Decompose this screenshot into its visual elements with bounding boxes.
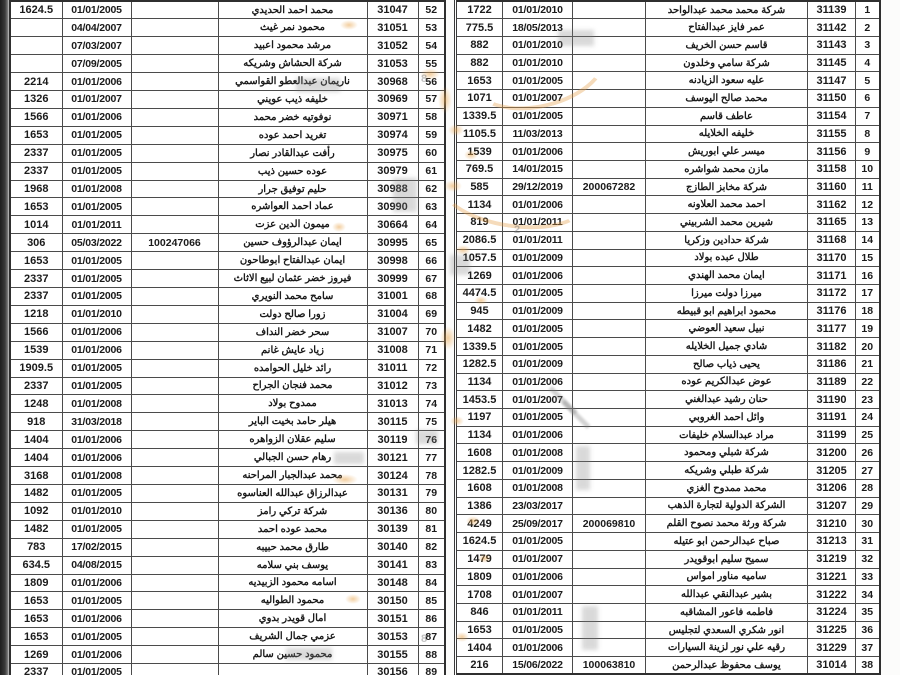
tax-id-cell	[573, 533, 646, 551]
serial-cell: 30971	[367, 108, 418, 126]
serial-cell: 30979	[367, 162, 418, 180]
row-number-cell: 28	[856, 479, 880, 497]
row-number-cell: 77	[418, 449, 445, 467]
amount-cell: 1722	[456, 1, 503, 19]
table-row: 04/04/2007 محمود نمر غيث 31051 53	[10, 19, 445, 37]
tax-id-cell	[131, 359, 218, 377]
serial-cell: 30969	[367, 91, 418, 109]
date-cell: 01/01/2011	[503, 603, 573, 621]
row-number-cell: 8	[856, 125, 880, 143]
name-cell: محمود الطواليه	[218, 592, 367, 610]
tax-id-cell	[131, 55, 218, 73]
table-row: 1968 01/01/2008 حليم توفيق جرار 30988 62	[10, 180, 445, 198]
amount-cell	[10, 55, 62, 73]
table-row: 1653 01/01/2005 عزمي جمال الشريف 30153 8…	[10, 628, 445, 646]
table-row: 882 01/01/2010 شركة سامي وخلدون 31145 4	[456, 54, 880, 72]
row-number-cell: 63	[418, 198, 445, 216]
name-cell: بشير عبدالنقي عبدالله	[646, 586, 808, 604]
table-row: 769.5 14/01/2015 مازن محمد شواشره 31158 …	[456, 160, 880, 178]
serial-cell: 31013	[367, 395, 418, 413]
table-row: 1482 01/01/2005 نبيل سعيد العوضي 31177 1…	[456, 320, 880, 338]
tax-id-cell	[131, 520, 218, 538]
amount-cell: 1539	[456, 143, 503, 161]
amount-cell: 882	[456, 54, 503, 72]
date-cell: 15/06/2022	[503, 657, 573, 675]
serial-cell: 31007	[367, 323, 418, 341]
date-cell: 05/03/2022	[62, 234, 131, 252]
date-cell: 01/01/2008	[62, 467, 131, 485]
name-cell: محمد ممدوح الغزي	[646, 479, 808, 497]
tax-id-cell	[131, 574, 218, 592]
date-cell: 25/09/2017	[503, 515, 573, 533]
name-cell	[218, 664, 367, 675]
name-cell: شركة سامي وخلدون	[646, 54, 808, 72]
date-cell: 01/01/2005	[62, 520, 131, 538]
table-row: 1482 01/01/2005 محمد عوده احمد 30139 81	[10, 520, 445, 538]
serial-cell: 30156	[367, 664, 418, 675]
serial-cell: 31172	[808, 285, 856, 303]
date-cell: 01/01/2006	[62, 610, 131, 628]
tax-id-cell	[131, 108, 218, 126]
row-number-cell: 82	[418, 538, 445, 556]
name-cell: شركة شبلي ومحمود	[646, 444, 808, 462]
tax-id-cell	[573, 621, 646, 639]
tax-id-cell	[131, 431, 218, 449]
table-row: 2337 01/01/2005 30156 89	[10, 664, 445, 675]
name-cell: وائل احمد الغروبي	[646, 409, 808, 427]
date-cell: 04/04/2007	[62, 19, 131, 37]
table-row: 1653 01/01/2005 تغريد احمد عوده 30974 59	[10, 126, 445, 144]
name-cell: ناريمان عبدالعطو القواسمي	[218, 73, 367, 91]
name-cell: ميرزا دولت ميرزا	[646, 285, 808, 303]
table-row: 1539 01/01/2006 زياد عايش غانم 31008 71	[10, 341, 445, 359]
scanned-document-page: 1624.5 01/01/2005 محمد احمد الحديدي 3104…	[0, 0, 900, 675]
right-panel-body: 1722 01/01/2010 شركة محمد محمد عبدالواحد…	[456, 1, 880, 674]
date-cell: 01/01/2007	[503, 586, 573, 604]
row-number-cell: 34	[856, 586, 880, 604]
date-cell: 01/01/2005	[62, 198, 131, 216]
tax-id-cell	[131, 19, 218, 37]
name-cell: عوده حسين ذيب	[218, 162, 367, 180]
date-cell: 01/01/2005	[62, 1, 131, 19]
date-cell: 29/12/2019	[503, 178, 573, 196]
amount-cell: 1218	[10, 305, 62, 323]
row-number-cell: 22	[856, 373, 880, 391]
tax-id-cell	[131, 91, 218, 109]
row-number-cell: 59	[418, 126, 445, 144]
serial-cell: 31177	[808, 320, 856, 338]
tax-id-cell	[131, 270, 218, 288]
tax-id-cell	[131, 180, 218, 198]
table-row: 07/03/2007 مرشد محمود اعبيد 31052 54	[10, 37, 445, 55]
serial-cell: 30150	[367, 592, 418, 610]
table-row: 3168 01/01/2008 محمد عبدالجبار المراحنه …	[10, 467, 445, 485]
table-row: 1539 01/01/2006 ميسر علي ابوريش 31156 9	[456, 143, 880, 161]
name-cell: اسامه محمود الزبيديه	[218, 574, 367, 592]
amount-cell: 1339.5	[456, 107, 503, 125]
serial-cell: 30121	[367, 449, 418, 467]
table-row: 1566 01/01/2006 سحر خضر النداف 31007 70	[10, 323, 445, 341]
amount-cell: 769.5	[456, 160, 503, 178]
amount-cell: 1809	[456, 568, 503, 586]
table-row: 1014 01/01/2011 ميمون الدين عزت 30664 64	[10, 216, 445, 234]
date-cell: 01/01/2006	[62, 431, 131, 449]
date-cell: 01/01/2006	[62, 341, 131, 359]
row-number-cell: 20	[856, 338, 880, 356]
table-row: 2086.5 01/01/2011 شركة حدادين وزكريا 311…	[456, 231, 880, 249]
date-cell: 01/01/2007	[503, 550, 573, 568]
row-number-cell: 29	[856, 497, 880, 515]
serial-cell: 31186	[808, 355, 856, 373]
tax-id-cell	[573, 409, 646, 427]
row-number-cell: 24	[856, 409, 880, 427]
name-cell: حنان رشيد عبدالغني	[646, 391, 808, 409]
tax-id-cell	[131, 1, 218, 19]
right-page-table: 1722 01/01/2010 شركة محمد محمد عبدالواحد…	[454, 0, 881, 675]
tax-id-cell	[573, 267, 646, 285]
tax-id-cell	[573, 107, 646, 125]
tax-id-cell	[131, 467, 218, 485]
tax-id-cell	[131, 216, 218, 234]
date-cell: 01/01/2006	[62, 108, 131, 126]
row-number-cell: 76	[418, 431, 445, 449]
amount-cell: 1482	[10, 520, 62, 538]
name-cell: مازن محمد شواشره	[646, 160, 808, 178]
row-number-cell: 12	[856, 196, 880, 214]
serial-cell: 30119	[367, 431, 418, 449]
serial-cell: 31154	[808, 107, 856, 125]
date-cell: 11/03/2013	[503, 125, 573, 143]
serial-cell: 31191	[808, 409, 856, 427]
serial-cell: 31156	[808, 143, 856, 161]
table-row: 1809 01/01/2006 اسامه محمود الزبيديه 301…	[10, 574, 445, 592]
amount-cell: 4249	[456, 515, 503, 533]
name-cell: عليه سعود الزيادنه	[646, 72, 808, 90]
tax-id-cell: 100063810	[573, 657, 646, 675]
row-number-cell: 38	[856, 657, 880, 675]
row-number-cell: 81	[418, 520, 445, 538]
date-cell: 01/01/2005	[62, 664, 131, 675]
date-cell: 01/01/2006	[503, 196, 573, 214]
serial-cell: 31229	[808, 639, 856, 657]
amount-cell: 1482	[456, 320, 503, 338]
name-cell: حليم توفيق جرار	[218, 180, 367, 198]
tax-id-cell	[131, 395, 218, 413]
amount-cell: 585	[456, 178, 503, 196]
name-cell: شركة محمد محمد عبدالواحد	[646, 1, 808, 19]
table-row: 1653 01/01/2006 امال قويدر بدوي 30151 86	[10, 610, 445, 628]
serial-cell: 31205	[808, 462, 856, 480]
tax-id-cell	[573, 550, 646, 568]
tax-id-cell	[573, 160, 646, 178]
amount-cell: 918	[10, 413, 62, 431]
table-row: 1057.5 01/01/2009 طلال عبده بولاد 31170 …	[456, 249, 880, 267]
amount-cell: 1105.5	[456, 125, 503, 143]
name-cell: شركة مخابز الطازج	[646, 178, 808, 196]
table-row: 1282.5 01/01/2009 شركة طبلي وشريكه 31205…	[456, 462, 880, 480]
serial-cell: 31014	[808, 657, 856, 675]
date-cell: 01/01/2008	[503, 444, 573, 462]
table-row: 819 01/01/2011 شيرين محمد الشربيني 31165…	[456, 214, 880, 232]
serial-cell: 31190	[808, 391, 856, 409]
amount-cell: 1539	[10, 341, 62, 359]
row-number-cell: 80	[418, 502, 445, 520]
tax-id-cell: 200069810	[573, 515, 646, 533]
date-cell: 01/01/2006	[62, 323, 131, 341]
serial-cell: 31221	[808, 568, 856, 586]
row-number-cell: 1	[856, 1, 880, 19]
serial-cell: 31222	[808, 586, 856, 604]
name-cell: ايمان محمد الهندي	[646, 267, 808, 285]
serial-cell: 31052	[367, 37, 418, 55]
amount-cell: 1809	[10, 574, 62, 592]
table-row: 2337 01/01/2005 رأفت عبدالقادر نصار 3097…	[10, 144, 445, 162]
amount-cell: 2337	[10, 270, 62, 288]
date-cell: 01/01/2005	[503, 621, 573, 639]
row-number-cell: 15	[856, 249, 880, 267]
tax-id-cell	[131, 341, 218, 359]
row-number-cell: 72	[418, 359, 445, 377]
tax-id-cell	[131, 556, 218, 574]
ledger-table-right: 1722 01/01/2010 شركة محمد محمد عبدالواحد…	[454, 0, 881, 675]
tax-id-cell	[131, 288, 218, 306]
amount-cell: 1653	[10, 126, 62, 144]
table-row: 783 17/02/2015 طارق محمد حبيبه 30140 82	[10, 538, 445, 556]
amount-cell: 1071	[456, 90, 503, 108]
row-number-cell: 18	[856, 302, 880, 320]
date-cell: 01/01/2005	[62, 126, 131, 144]
name-cell: محمد عبدالجبار المراحنه	[218, 467, 367, 485]
amount-cell	[10, 19, 62, 37]
name-cell: عوض عبدالكريم عوده	[646, 373, 808, 391]
date-cell: 01/01/2008	[503, 479, 573, 497]
tax-id-cell	[131, 538, 218, 556]
name-cell: شادي جميل الخلايله	[646, 338, 808, 356]
amount-cell: 2337	[10, 144, 62, 162]
table-row: 1653 01/01/2005 عليه سعود الزيادنه 31147…	[456, 72, 880, 90]
date-cell: 01/01/2005	[503, 107, 573, 125]
amount-cell: 2086.5	[456, 231, 503, 249]
date-cell: 01/01/2007	[503, 391, 573, 409]
row-number-cell: 74	[418, 395, 445, 413]
serial-cell: 31047	[367, 1, 418, 19]
name-cell: نوفوتيه خضر محمد	[218, 108, 367, 126]
amount-cell: 1092	[10, 502, 62, 520]
table-row: 775.5 18/05/2013 عمر فايز عبدالفتاح 3114…	[456, 19, 880, 37]
table-row: 2337 01/01/2005 فيروز خضر عثمان لبيع الا…	[10, 270, 445, 288]
name-cell: شركة حدادين وزكريا	[646, 231, 808, 249]
row-number-cell: 21	[856, 355, 880, 373]
row-number-cell: 5	[856, 72, 880, 90]
name-cell: عاطف قاسم	[646, 107, 808, 125]
table-row: 07/09/2005 شركة الحشاش وشريكه 31053 55	[10, 55, 445, 73]
name-cell: محمود ابراهيم ابو قبيطه	[646, 302, 808, 320]
table-row: 1482 01/01/2005 عبدالرزاق عبدالله العناس…	[10, 484, 445, 502]
tax-id-cell	[131, 592, 218, 610]
name-cell: انور شكري السعدي لتجليس	[646, 621, 808, 639]
tax-id-cell	[573, 302, 646, 320]
date-cell: 01/01/2005	[503, 285, 573, 303]
table-row: 1326 01/01/2007 خليفه ذيب عويني 30969 57	[10, 91, 445, 109]
tax-id-cell	[573, 90, 646, 108]
serial-cell: 31207	[808, 497, 856, 515]
date-cell: 04/08/2015	[62, 556, 131, 574]
table-row: 1624.5 01/01/2005 محمد احمد الحديدي 3104…	[10, 1, 445, 19]
table-row: 1197 01/01/2005 وائل احمد الغروبي 31191 …	[456, 409, 880, 427]
amount-cell: 1014	[10, 216, 62, 234]
tax-id-cell	[573, 125, 646, 143]
date-cell: 01/01/2005	[62, 592, 131, 610]
amount-cell: 882	[456, 36, 503, 54]
name-cell: احمد محمد العلاونه	[646, 196, 808, 214]
amount-cell: 775.5	[456, 19, 503, 37]
tax-id-cell	[573, 373, 646, 391]
table-row: 216 15/06/2022 100063810 يوسف محفوظ عبدا…	[456, 657, 880, 675]
row-number-cell: 9	[856, 143, 880, 161]
row-number-cell: 87	[418, 628, 445, 646]
tax-id-cell	[573, 54, 646, 72]
amount-cell: 1386	[456, 497, 503, 515]
amount-cell: 1404	[10, 431, 62, 449]
serial-cell: 30664	[367, 216, 418, 234]
row-number-cell: 54	[418, 37, 445, 55]
serial-cell: 31012	[367, 377, 418, 395]
name-cell: سليم عقلان الزواهره	[218, 431, 367, 449]
date-cell: 01/01/2010	[503, 1, 573, 19]
amount-cell: 306	[10, 234, 62, 252]
amount-cell: 1653	[10, 610, 62, 628]
table-row: 1653 01/01/2005 محمود الطواليه 30150 85	[10, 592, 445, 610]
row-number-cell: 36	[856, 621, 880, 639]
amount-cell: 1248	[10, 395, 62, 413]
tax-id-cell	[131, 162, 218, 180]
table-row: 1453.5 01/01/2007 حنان رشيد عبدالغني 311…	[456, 391, 880, 409]
table-row: 585 29/12/2019 200067282 شركة مخابز الطا…	[456, 178, 880, 196]
amount-cell: 2337	[10, 377, 62, 395]
amount-cell: 1339.5	[456, 338, 503, 356]
tax-id-cell	[573, 639, 646, 657]
tax-id-cell	[573, 568, 646, 586]
amount-cell: 2337	[10, 162, 62, 180]
amount-cell: 1057.5	[456, 249, 503, 267]
amount-cell: 945	[456, 302, 503, 320]
name-cell: رائد خليل الحوامده	[218, 359, 367, 377]
row-number-cell: 26	[856, 444, 880, 462]
table-row: 1248 01/01/2008 ممدوح بولاد 31013 74	[10, 395, 445, 413]
row-number-cell: 32	[856, 550, 880, 568]
table-row: 1404 01/01/2006 رهام حسن الجبالي 30121 7…	[10, 449, 445, 467]
row-number-cell: 84	[418, 574, 445, 592]
date-cell: 18/05/2013	[503, 19, 573, 37]
left-panel-body: 1624.5 01/01/2005 محمد احمد الحديدي 3104…	[10, 1, 445, 675]
table-row: 1809 01/01/2006 ساميه مناور امواس 31221 …	[456, 568, 880, 586]
serial-cell: 31176	[808, 302, 856, 320]
amount-cell: 2337	[10, 664, 62, 675]
table-row: 2337 01/01/2005 عوده حسين ذيب 30979 61	[10, 162, 445, 180]
row-number-cell: 66	[418, 252, 445, 270]
serial-cell: 31145	[808, 54, 856, 72]
amount-cell: 1653	[456, 621, 503, 639]
amount-cell: 846	[456, 603, 503, 621]
name-cell: عمر فايز عبدالفتاح	[646, 19, 808, 37]
name-cell: رهام حسن الجبالي	[218, 449, 367, 467]
amount-cell: 1624.5	[10, 1, 62, 19]
name-cell: شركة طبلي وشريكه	[646, 462, 808, 480]
amount-cell: 2214	[10, 73, 62, 91]
row-number-cell: 65	[418, 234, 445, 252]
tax-id-cell	[573, 355, 646, 373]
serial-cell: 31051	[367, 19, 418, 37]
date-cell: 01/01/2006	[62, 73, 131, 91]
table-row: 1269 01/01/2006 محمود حسين سالم 30155 88	[10, 646, 445, 664]
row-number-cell: 14	[856, 231, 880, 249]
row-number-cell: 27	[856, 462, 880, 480]
date-cell: 01/01/2009	[503, 462, 573, 480]
amount-cell: 1282.5	[456, 355, 503, 373]
tax-id-cell	[573, 143, 646, 161]
amount-cell: 1453.5	[456, 391, 503, 409]
tax-id-cell	[573, 479, 646, 497]
table-row: 846 01/01/2011 فاطمه فاعور المشاقبه 3122…	[456, 603, 880, 621]
table-row: 1909.5 01/01/2005 رائد خليل الحوامده 310…	[10, 359, 445, 377]
table-row: 1134 01/01/2006 مراد عبدالسلام خليفات 31…	[456, 426, 880, 444]
date-cell: 01/01/2009	[503, 249, 573, 267]
table-row: 306 05/03/2022 100247066 ايمان عبدالرؤوف…	[10, 234, 445, 252]
tax-id-cell	[573, 1, 646, 19]
name-cell: طلال عبده بولاد	[646, 249, 808, 267]
table-row: 1134 01/01/2006 عوض عبدالكريم عوده 31189…	[456, 373, 880, 391]
serial-cell: 30124	[367, 467, 418, 485]
tax-id-cell	[131, 252, 218, 270]
serial-cell: 30974	[367, 126, 418, 144]
serial-cell: 31008	[367, 341, 418, 359]
name-cell: محمد احمد الحديدي	[218, 1, 367, 19]
name-cell: صباح عبدالرحمن ابو عتيله	[646, 533, 808, 551]
table-row: 1269 01/01/2006 ايمان محمد الهندي 31171 …	[456, 267, 880, 285]
serial-cell: 30140	[367, 538, 418, 556]
serial-cell: 30151	[367, 610, 418, 628]
row-number-cell: 62	[418, 180, 445, 198]
name-cell: محمود حسين سالم	[218, 646, 367, 664]
row-number-cell: 33	[856, 568, 880, 586]
row-number-cell: 79	[418, 484, 445, 502]
date-cell: 01/01/2006	[503, 568, 573, 586]
row-number-cell: 53	[418, 19, 445, 37]
serial-cell: 31155	[808, 125, 856, 143]
tax-id-cell	[573, 231, 646, 249]
table-row: 2337 01/01/2005 محمد فنجان الجراح 31012 …	[10, 377, 445, 395]
table-row: 1339.5 01/01/2005 عاطف قاسم 31154 7	[456, 107, 880, 125]
table-row: 1071 01/01/2007 محمد صالح اليوسف 31150 6	[456, 90, 880, 108]
row-number-cell: 83	[418, 556, 445, 574]
row-number-cell: 75	[418, 413, 445, 431]
serial-cell: 30141	[367, 556, 418, 574]
table-row: 945 01/01/2009 محمود ابراهيم ابو قبيطه 3…	[456, 302, 880, 320]
name-cell: امال قويدر بدوي	[218, 610, 367, 628]
serial-cell: 31162	[808, 196, 856, 214]
tax-id-cell	[573, 586, 646, 604]
name-cell: ايمان عبدالرؤوف حسين	[218, 234, 367, 252]
serial-cell: 31053	[367, 55, 418, 73]
name-cell: شيرين محمد الشربيني	[646, 214, 808, 232]
row-number-cell: 78	[418, 467, 445, 485]
amount-cell: 1566	[10, 323, 62, 341]
date-cell: 01/01/2010	[503, 36, 573, 54]
date-cell: 01/01/2007	[503, 90, 573, 108]
name-cell: يوسف محفوظ عبدالرحمن	[646, 657, 808, 675]
date-cell: 01/01/2005	[503, 320, 573, 338]
name-cell: خليفه ذيب عويني	[218, 91, 367, 109]
